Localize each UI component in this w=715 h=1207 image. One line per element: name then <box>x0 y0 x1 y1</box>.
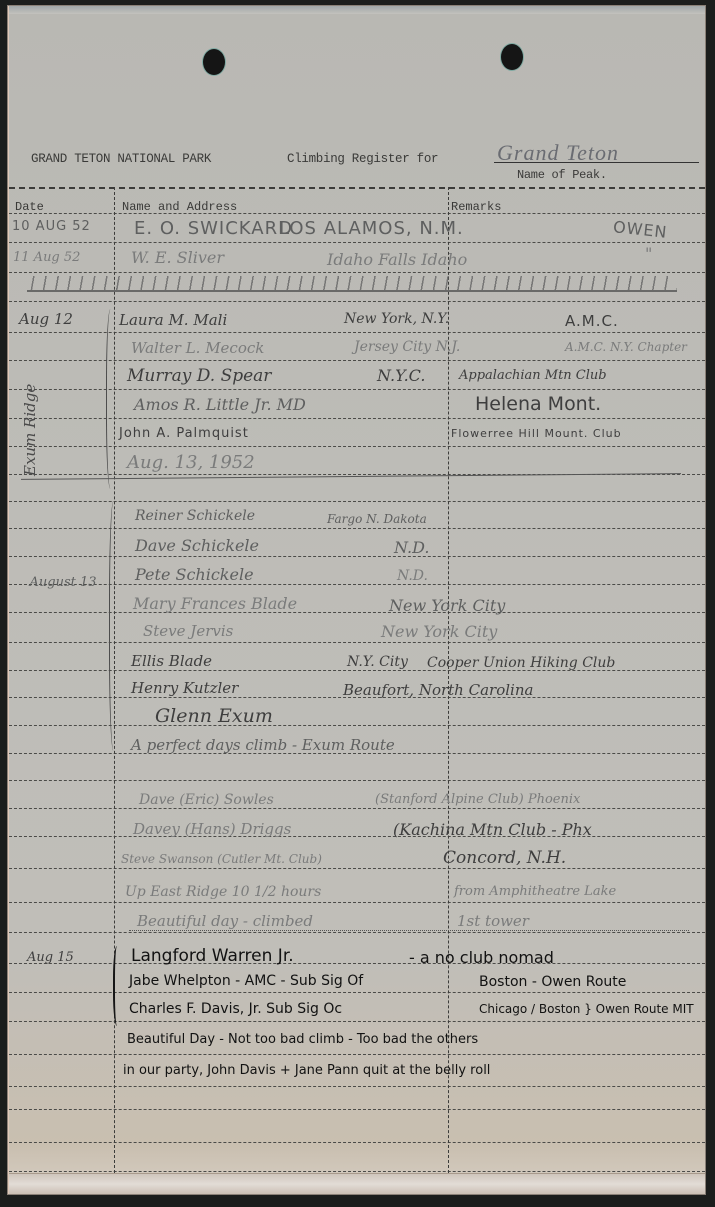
entry-signature: Glenn Exum <box>155 705 273 727</box>
entry-remarks: - a no club nomad <box>409 948 554 967</box>
entry-address: LOS ALAMOS, N.M. <box>279 218 464 239</box>
column-divider-remarks <box>448 187 449 1173</box>
entry-remarks: Helena Mont. <box>475 393 601 415</box>
scribbled-out-line <box>27 276 677 292</box>
entry-remarks: (Kachina Mtn Club - Phx <box>393 820 592 839</box>
entry-name: Beautiful day - climbed <box>137 912 313 930</box>
entry-address: Fargo N. Dakota <box>327 512 427 526</box>
entry-address: New York City <box>389 596 505 615</box>
entry-date-note: Aug. 13, 1952 <box>127 452 255 473</box>
entry-date: Aug 12 <box>19 310 73 328</box>
group-brace <box>113 946 123 1026</box>
entry-address: New York, N.Y. <box>344 311 449 327</box>
entry-name: Reiner Schickele <box>135 508 255 524</box>
entry-remarks: Cooper Union Hiking Club <box>427 655 615 671</box>
entry-name: Laura M. Mali <box>119 311 227 329</box>
entry-address: Idaho Falls Idaho <box>327 250 467 269</box>
entry-name: W. E. Sliver <box>131 248 224 267</box>
entry-name: Jabe Whelpton - AMC - Sub Sig Of <box>129 973 363 989</box>
entry-remarks: Appalachian Mtn Club <box>459 368 607 383</box>
route-side-note: Exum Ridge <box>21 384 39 476</box>
entry-name: Steve Swanson (Cutler Mt. Club) <box>121 852 322 866</box>
entry-name: E. O. SWICKARD <box>134 218 293 239</box>
entry-remarks: 1st tower <box>457 912 529 930</box>
entry-name: Dave Schickele <box>135 536 259 555</box>
entry-name: Up East Ridge 10 1/2 hours <box>125 884 321 900</box>
column-header-remarks: Remarks <box>451 200 501 214</box>
entry-remarks: Concord, N.H. <box>443 848 566 868</box>
entry-remarks: Flowerree Hill Mount. Club <box>451 427 622 440</box>
group-brace <box>109 501 120 751</box>
entry-remarks: Chicago / Boston } Owen Route MIT <box>479 1002 694 1016</box>
entry-remarks: Boston - Owen Route <box>479 974 626 990</box>
entry-note: in our party, John Davis + Jane Pann qui… <box>123 1063 490 1078</box>
entry-remarks: " <box>645 244 652 263</box>
entry-address: N.D. <box>397 568 428 584</box>
sheet-bottom-fold <box>9 1173 705 1194</box>
entry-date: 11 Aug 52 <box>13 250 80 265</box>
entry-address: New York City <box>381 622 497 641</box>
entry-name: Davey (Hans) Driggs <box>133 820 291 838</box>
entry-remarks: A.M.C. <box>565 312 619 330</box>
entry-name: Amos R. Little Jr. MD <box>134 395 306 414</box>
entry-remarks: A.M.C. N.Y. Chapter <box>565 340 687 354</box>
entry-remarks: from Amphitheatre Lake <box>454 884 616 899</box>
entry-date: 10 AUG 52 <box>12 219 91 234</box>
entry-name: Dave (Eric) Sowles <box>139 792 274 808</box>
entry-remarks: (Stanford Alpine Club) Phoenix <box>375 792 580 807</box>
entry-name: Henry Kutzler <box>131 679 238 697</box>
entry-name: Ellis Blade <box>131 652 212 670</box>
entry-note: Beautiful Day - Not too bad climb - Too … <box>127 1032 478 1047</box>
entry-address: Beaufort, North Carolina <box>343 681 533 699</box>
entry-address: N.D. <box>394 538 429 557</box>
entry-address: Jersey City N.J. <box>354 339 460 355</box>
entry-name: Mary Frances Blade <box>133 594 297 613</box>
column-header-name-address: Name and Address <box>122 200 237 214</box>
entry-date: Aug 15 <box>27 950 74 965</box>
entry-note: A perfect days climb - Exum Route <box>131 736 395 754</box>
register-sheet: GRAND TETON NATIONAL PARK Climbing Regis… <box>8 6 705 1194</box>
entry-name: Murray D. Spear <box>127 366 271 386</box>
entry-name: Pete Schickele <box>135 565 254 584</box>
wavy-strike-line <box>129 930 689 931</box>
entry-date: August 13 <box>23 572 103 594</box>
entry-name: Steve Jervis <box>143 622 233 640</box>
entry-name: Charles F. Davis, Jr. Sub Sig Oc <box>129 1001 342 1017</box>
column-header-date: Date <box>15 200 44 214</box>
entry-name: Walter L. Mecock <box>131 339 264 357</box>
entry-address: N.Y.C. <box>377 366 425 385</box>
entry-name: Langford Warren Jr. <box>131 946 294 966</box>
entry-name: John A. Palmquist <box>119 426 249 441</box>
group-brace <box>106 309 117 489</box>
entry-address: N.Y. City <box>347 654 408 670</box>
